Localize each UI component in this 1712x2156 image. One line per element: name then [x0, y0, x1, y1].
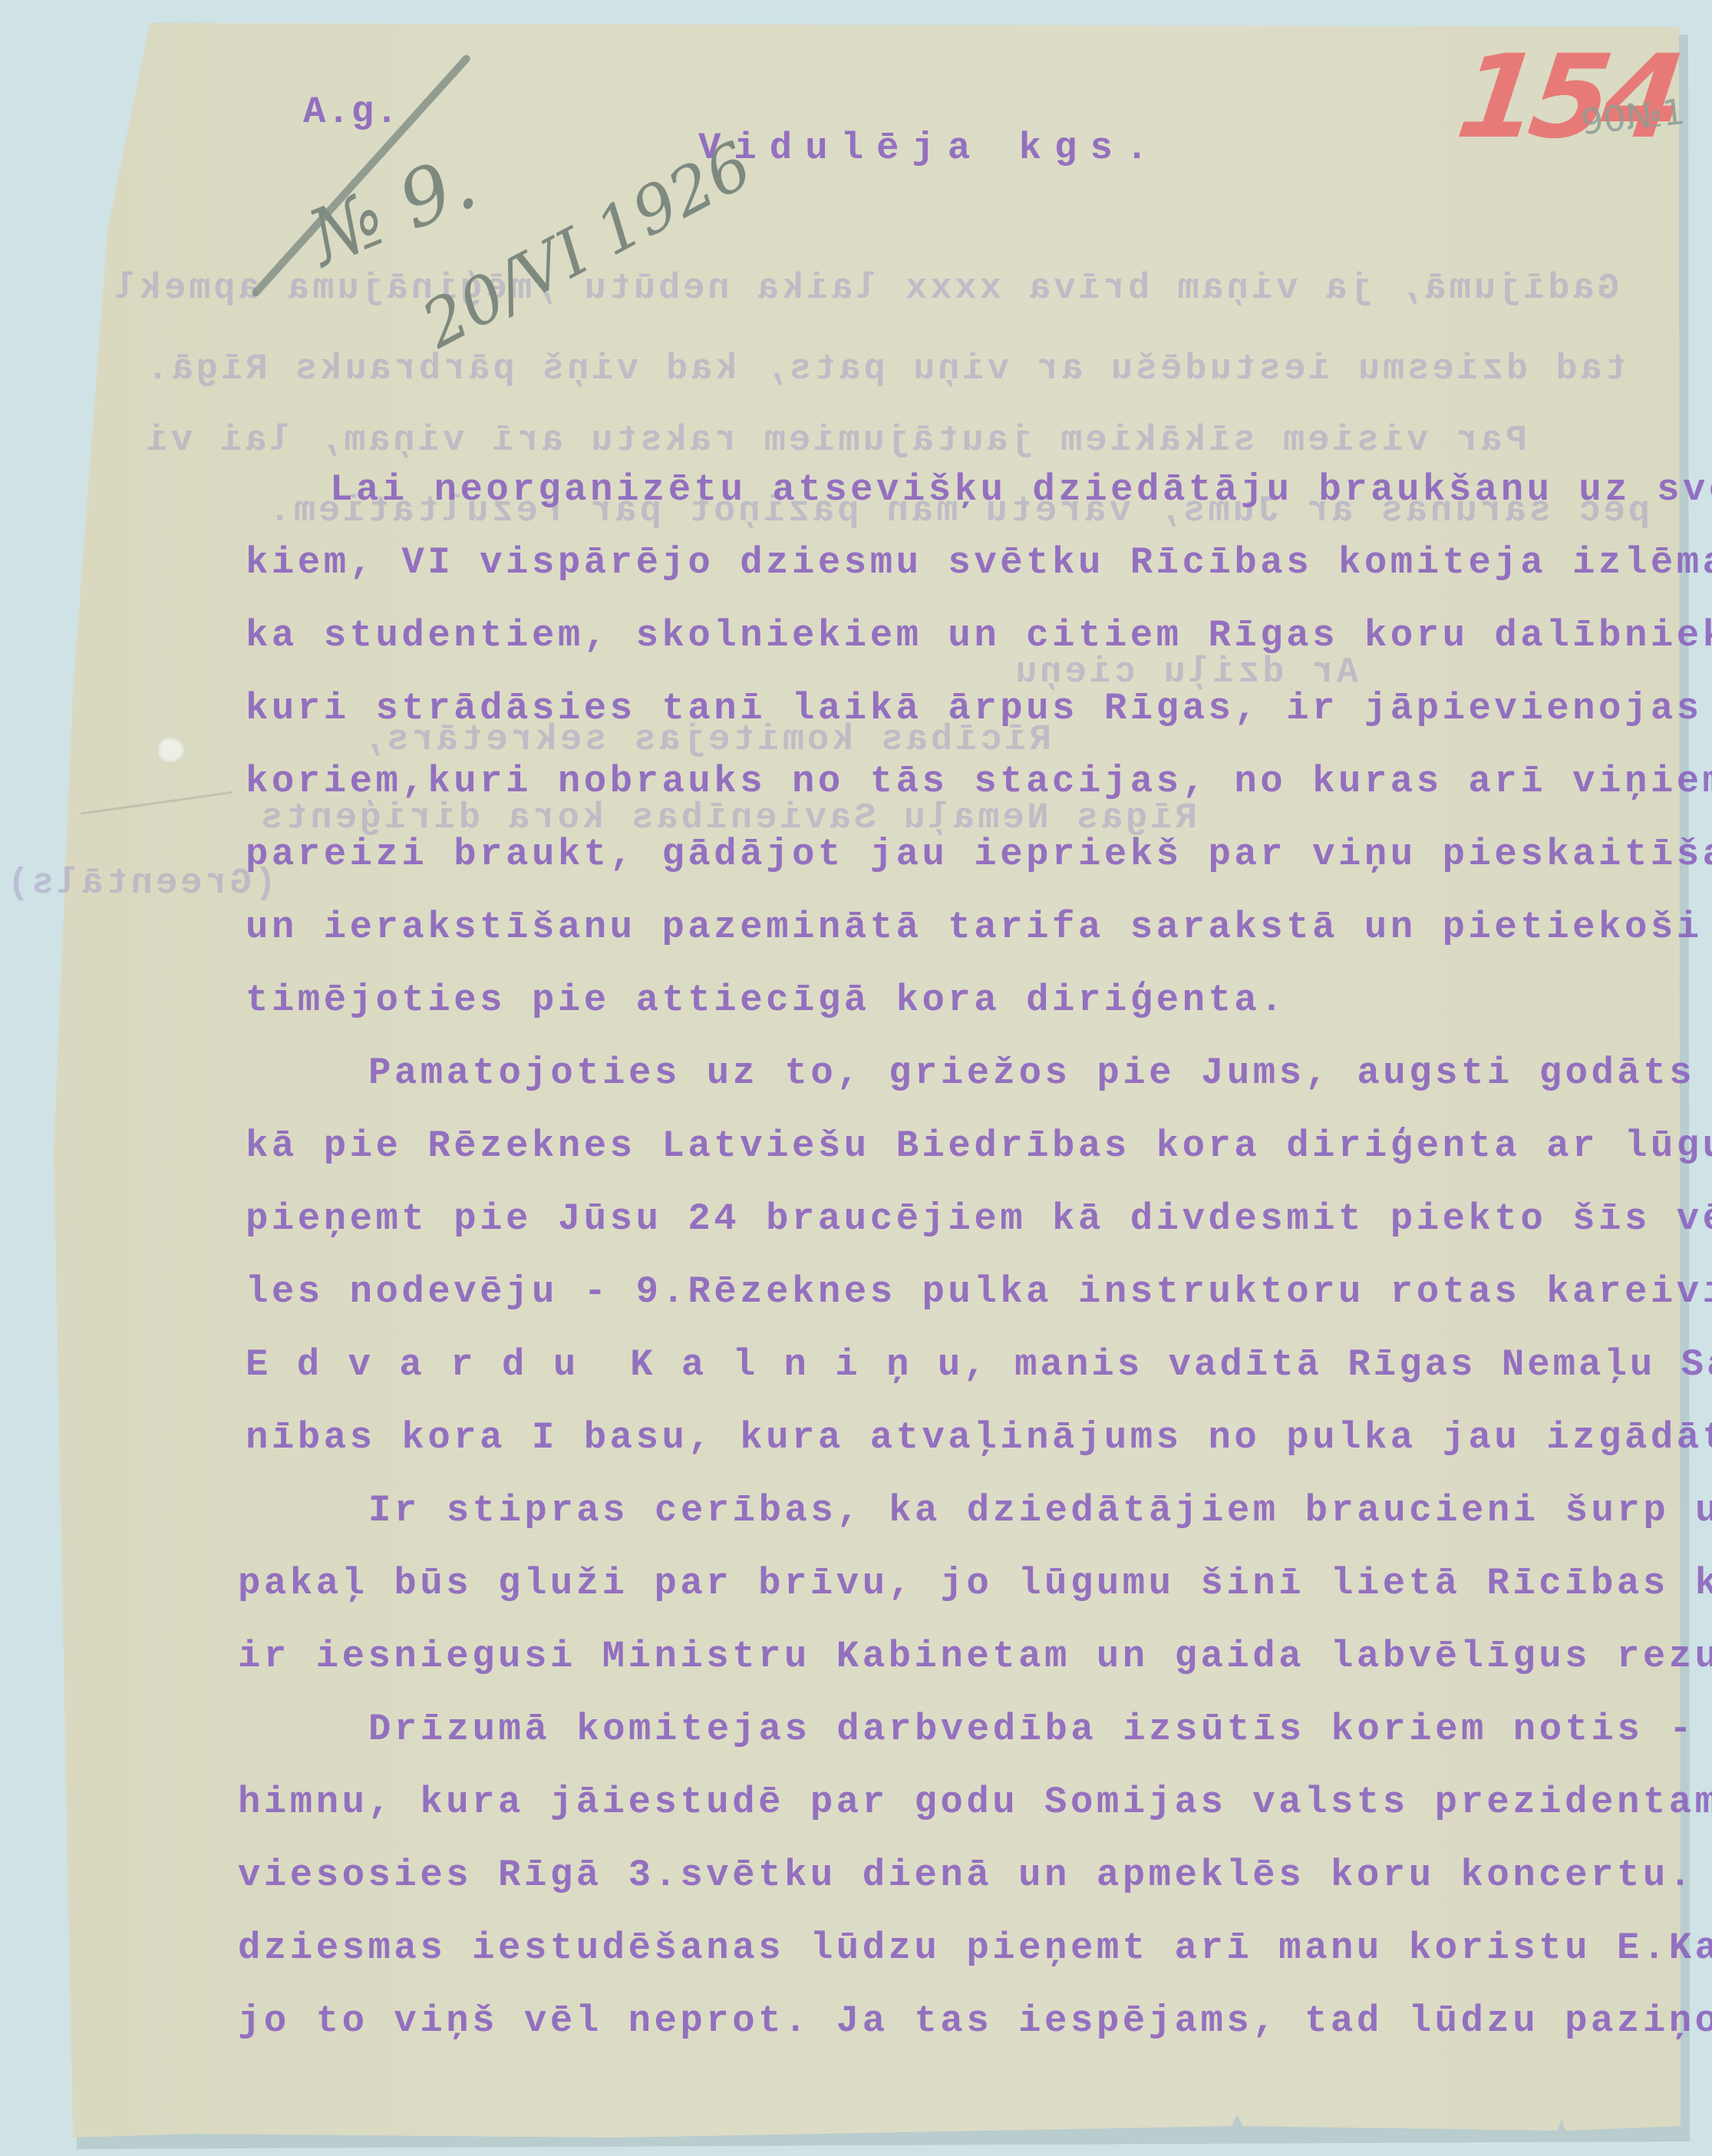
body-line: Lai neorganizētu atsevišķu dziedātāju br… [330, 468, 1712, 511]
body-line: Pamatojoties uz to, griežos pie Jums, au… [368, 1052, 1712, 1095]
body-line: kiem, VI vispārējo dziesmu svētku Rīcība… [246, 541, 1712, 584]
body-line: pakaļ būs gluži par brīvu, jo lūgumu šin… [238, 1562, 1712, 1605]
body-line: viesosies Rīgā 3.svētku dienā un apmeklē… [238, 1854, 1712, 1897]
body-line: E d v a r d u K a l n i ņ u, manis vadīt… [246, 1343, 1712, 1386]
body-line: Ir stipras cerības, ka dziedātājiem brau… [368, 1489, 1712, 1532]
body-line: pareizi braukt, gādājot jau iepriekš par… [246, 833, 1712, 876]
bleed-through-line: (Greentāls) [54, 863, 276, 904]
addressee: Vidulēja kgs. [698, 127, 1161, 170]
bleed-through-line: Par visiem sīkākiem jautājumiem rakstu a… [100, 421, 1527, 461]
body-line: jo to viņš vēl neprot. Ja tas iespējams,… [238, 1999, 1712, 2042]
body-line: Drīzumā komitejas darbvedība izsūtīs kor… [368, 1708, 1712, 1751]
body-line: un ierakstīšanu pazeminātā tarifa saraks… [246, 906, 1712, 949]
body-line: timējoties pie attiecīgā kora diriģenta. [246, 979, 1286, 1022]
body-line: dziesmas iestudēšanas lūdzu pieņemt arī … [238, 1927, 1712, 1969]
salutation-prefix: A.g. [303, 91, 400, 134]
punch-hole [157, 737, 185, 763]
body-line: pieņemt pie Jūsu 24 braucējiem kā divdes… [246, 1197, 1712, 1240]
body-line: kā pie Rēzeknes Latviešu Biedrības kora … [246, 1124, 1712, 1167]
body-line: les nodevēju - 9.Rēzeknes pulka instrukt… [246, 1270, 1712, 1313]
body-line: nības kora I basu, kura atvaļinājums no … [246, 1416, 1712, 1459]
body-line: ka studentiem, skolniekiem un citiem Rīg… [246, 614, 1712, 657]
body-line: himnu, kura jāiestudē par godu Somijas v… [238, 1781, 1712, 1824]
body-line: ir iesniegusi Ministru Kabinetam un gaid… [238, 1635, 1712, 1678]
